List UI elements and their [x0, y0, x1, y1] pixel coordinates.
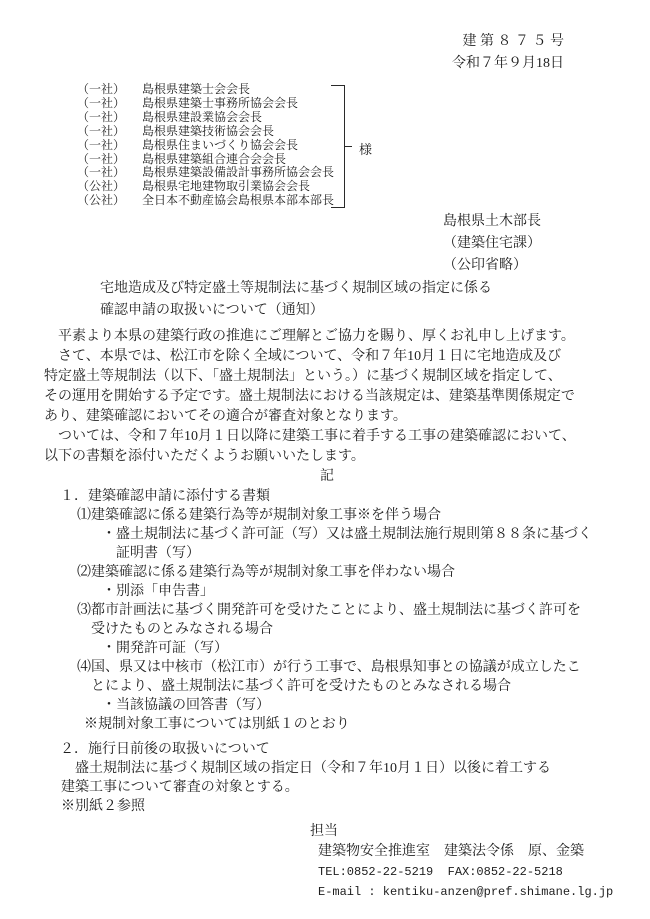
sender-division: （建築住宅課） — [443, 233, 541, 255]
body-paragraph-3: ついては、令和７年10月１日以降に建築工事に着手する工事の建築確認において、 以… — [44, 427, 610, 467]
section-1-item-4: ⑷国、県又は中核市（松江市）が行う工事で、島根県知事との協議が成立したこ とによ… — [77, 658, 610, 696]
contact-email: E-mail : kentiku-anzen@pref.shimane.lg.j… — [318, 882, 610, 902]
recipient-list: （一社）島根県建築士会会長 （一社）島根県建築士事務所協会会長 （一社）島根県建… — [77, 83, 334, 208]
recipient-row: （一社）島根県建築士会会長 — [77, 83, 334, 97]
contact-tel-fax: TEL:0852-22-5219 FAX:0852-22-5218 — [318, 862, 610, 882]
recipient-type: （一社） — [77, 139, 142, 153]
doc-date: 令和７年９月18日 — [452, 52, 564, 72]
body-paragraph-2: さて、本県では、松江市を除く全域について、令和７年10月１日に宅地造成及び 特定… — [44, 347, 610, 427]
section-1-item-3: ⑶都市計画法に基づく開発許可を受けたことにより、盛土規制法に基づく許可を 受けた… — [77, 601, 610, 639]
recipient-name: 島根県宅地建物取引業協会会長 — [142, 179, 310, 193]
body-paragraph-1: 平素より本県の建築行政の推進にご理解とご協力を賜り、厚くお礼申し上げます。 — [44, 327, 610, 347]
section-1: １．建築確認申請に添付する書類 ⑴建築確認に係る建築行為等が規制対象工事※を伴う… — [44, 487, 610, 734]
section-1-item-3-attachment: ・開発許可証（写） — [102, 639, 610, 658]
recipient-row: （一社）島根県建築士事務所協会会長 — [77, 97, 334, 111]
section-1-item-1: ⑴建築確認に係る建築行為等が規制対象工事※を伴う場合 — [77, 506, 610, 525]
recipient-bracket — [331, 85, 345, 208]
section-2-body: 盛土規制法に基づく規制区域の指定日（令和７年10月１日）以後に着工する 建築工事… — [61, 759, 610, 797]
section-2: ２．施行日前後の取扱いについて 盛土規制法に基づく規制区域の指定日（令和７年10… — [44, 740, 610, 816]
recipient-type: （一社） — [77, 83, 142, 97]
recipient-name: 島根県建築士事務所協会会長 — [142, 96, 298, 110]
contact-office: 建築物安全推進室 建築法令係 原、金築 — [318, 842, 610, 862]
section-1-heading: １．建築確認申請に添付する書類 — [60, 487, 610, 506]
recipient-name: 島根県建築士会会長 — [142, 82, 250, 96]
subject-line-1: 宅地造成及び特定盛土等規制法に基づく規制区域の指定に係る — [100, 278, 492, 300]
recipient-type: （一社） — [77, 125, 142, 139]
recipient-name: 島根県住まいづくり協会会長 — [142, 138, 298, 152]
contact-block: 担当 建築物安全推進室 建築法令係 原、金築 TEL:0852-22-5219 … — [310, 822, 610, 902]
section-1-item-2: ⑵建築確認に係る建築行為等が規制対象工事を伴わない場合 — [77, 563, 610, 582]
sender-block: 島根県土木部長 （建築住宅課） （公印省略） — [443, 211, 541, 277]
recipient-type: （一社） — [77, 111, 142, 125]
section-2-note: ※別紙２参照 — [61, 797, 610, 816]
recipient-name: 島根県建築技術協会会長 — [142, 124, 274, 138]
doc-number: 建 第 ８ ７ ５ 号 — [463, 30, 565, 50]
ki-marker: 記 — [44, 467, 610, 487]
sender-seal-note: （公印省略） — [443, 255, 541, 277]
section-1-item-2-attachment: ・別添「申告書」 — [102, 582, 610, 601]
document-body: 平素より本県の建築行政の推進にご理解とご協力を賜り、厚くお礼申し上げます。 さて… — [44, 327, 610, 902]
recipient-row: （一社）島根県住まいづくり協会会長 — [77, 139, 334, 153]
sender-title: 島根県土木部長 — [443, 211, 541, 233]
section-1-item-1-attachment: ・盛土規制法に基づく許可証（写）又は盛土規制法施行規則第８８条に基づく 証明書（… — [102, 525, 610, 563]
recipient-row: （一社）島根県建築技術協会会長 — [77, 125, 334, 139]
recipient-type: （一社） — [77, 97, 142, 111]
recipient-name: 島根県建設業協会会長 — [142, 110, 262, 124]
recipient-honorific: 様 — [359, 139, 372, 158]
section-1-note: ※規制対象工事については別紙１のとおり — [84, 715, 610, 734]
recipient-row: （一社）島根県建設業協会会長 — [77, 111, 334, 125]
recipient-bracket-tick — [345, 146, 352, 147]
document-page: 建 第 ８ ７ ５ 号 令和７年９月18日 （一社）島根県建築士会会長 （一社）… — [0, 0, 650, 919]
recipient-row: （公社）全日本不動産協会島根県本部本部長 — [77, 194, 334, 208]
contact-label: 担当 — [310, 822, 610, 842]
recipient-type: （公社） — [77, 194, 142, 208]
subject-block: 宅地造成及び特定盛土等規制法に基づく規制区域の指定に係る 確認申請の取扱いについ… — [100, 278, 492, 322]
recipient-name: 島根県建築組合連合会会長 — [142, 152, 286, 166]
section-2-heading: ２．施行日前後の取扱いについて — [60, 740, 610, 759]
recipient-name: 全日本不動産協会島根県本部本部長 — [142, 193, 334, 207]
recipient-name: 島根県建築設備設計事務所協会会長 — [142, 165, 334, 179]
section-1-item-4-attachment: ・当該協議の回答書（写） — [102, 696, 610, 715]
subject-line-2: 確認申請の取扱いについて（通知） — [100, 300, 492, 322]
